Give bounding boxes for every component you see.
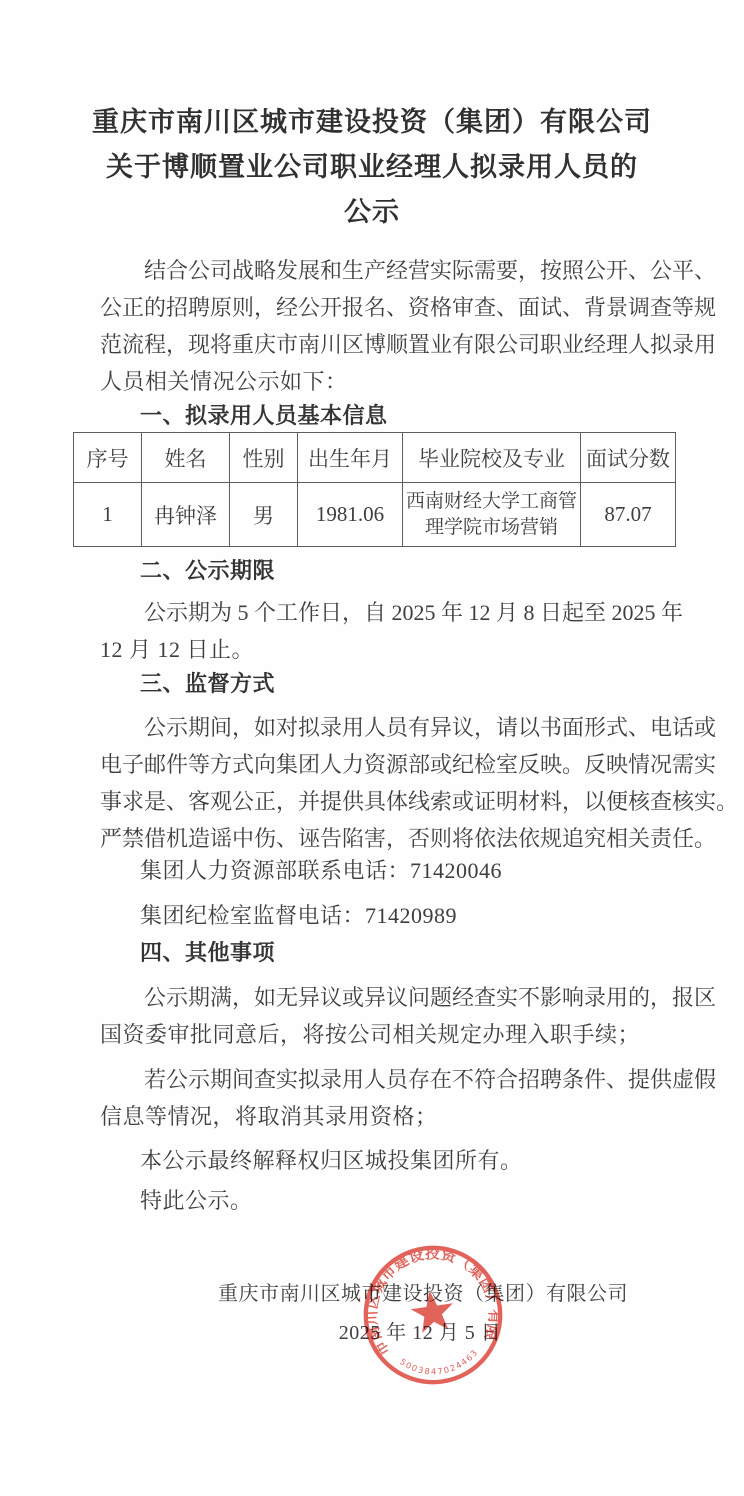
table-row: 1 冉钟泽 男 1981.06 西南财经大学工商管理学院市场营销 87.07 [74,483,676,547]
section3-line: 电子邮件等方式向集团人力资源部或纪检室反映。反映情况需实 [100,746,648,783]
section4-line: 国资委审批同意后，将按公司相关规定办理入职手续； [100,1016,648,1053]
section4-line: 信息等情况，将取消其录用资格； [100,1098,648,1135]
intro-line: 人员相关情况公示如下： [100,363,648,400]
cell-school: 西南财经大学工商管理学院市场营销 [403,483,581,547]
section3-line: 公示期间，如对拟录用人员有异议，请以书面形式、电话或 [100,709,648,746]
section3-line: 事求是、客观公正，并提供具体线索或证明材料，以便核查核实。 [100,783,648,820]
table-header-row: 序号 姓名 性别 出生年月 毕业院校及专业 面试分数 [74,433,676,483]
document-title: 重庆市南川区城市建设投资（集团）有限公司 关于博顺置业公司职业经理人拟录用人员的… [72,100,672,235]
col-header-no: 序号 [74,433,142,483]
intro-line: 结合公司战略发展和生产经营实际需要，按照公开、公平、 [100,252,648,289]
col-header-school: 毕业院校及专业 [403,433,581,483]
col-header-birth: 出生年月 [298,433,403,483]
cell-no: 1 [74,483,142,547]
discipline-contact-phone: 集团纪检室监督电话：71420989 [140,897,660,934]
title-line-2: 关于博顺置业公司职业经理人拟录用人员的 [72,145,672,190]
cell-gender: 男 [230,483,298,547]
section2-paragraph: 公示期为 5 个工作日，自 2025 年 12 月 8 日起至 2025 年 1… [100,594,648,668]
candidates-table: 序号 姓名 性别 出生年月 毕业院校及专业 面试分数 1 冉钟泽 男 1981.… [73,432,676,547]
title-line-3: 公示 [72,190,672,235]
intro-line: 范流程，现将重庆市南川区博顺置业有限公司职业经理人拟录用 [100,326,648,363]
col-header-score: 面试分数 [581,433,676,483]
section4-paragraph-2: 若公示期间查实拟录用人员存在不符合招聘条件、提供虚假 信息等情况，将取消其录用资… [100,1061,648,1135]
section4-line: 公示期满，如无异议或异议问题经查实不影响录用的，报区 [100,979,648,1016]
section4-paragraph-3: 本公示最终解释权归区城投集团所有。 [140,1142,660,1179]
announcement-document: 重庆市南川区城市建设投资（集团）有限公司 关于博顺置业公司职业经理人拟录用人员的… [0,0,744,1496]
section3-paragraph: 公示期间，如对拟录用人员有异议，请以书面形式、电话或 电子邮件等方式向集团人力资… [100,709,648,857]
official-seal: 重庆市南川区城市建设投资（集团）有限公司 5003847024463 [351,1233,516,1398]
col-header-gender: 性别 [230,433,298,483]
section4-line: 若公示期间查实拟录用人员存在不符合招聘条件、提供虚假 [100,1061,648,1098]
section2-line: 12 月 12 日止。 [100,631,648,668]
col-header-name: 姓名 [142,433,230,483]
title-line-1: 重庆市南川区城市建设投资（集团）有限公司 [72,100,672,145]
section3-heading: 三、监督方式 [140,669,660,699]
section2-heading: 二、公示期限 [140,556,660,586]
intro-line: 公正的招聘原则，经公开报名、资格审查、面试、背景调查等规 [100,289,648,326]
hr-contact-phone: 集团人力资源部联系电话：71420046 [140,852,660,889]
intro-paragraph: 结合公司战略发展和生产经营实际需要，按照公开、公平、 公正的招聘原则，经公开报名… [100,252,648,400]
cell-name: 冉钟泽 [142,483,230,547]
section2-line: 公示期为 5 个工作日，自 2025 年 12 月 8 日起至 2025 年 [100,594,648,631]
section1-heading: 一、拟录用人员基本信息 [140,401,660,431]
candidates-table-wrapper: 序号 姓名 性别 出生年月 毕业院校及专业 面试分数 1 冉钟泽 男 1981.… [73,432,675,547]
cell-birth: 1981.06 [298,483,403,547]
section4-paragraph-4: 特此公示。 [140,1182,660,1219]
cell-score: 87.07 [581,483,676,547]
section4-paragraph-1: 公示期满，如无异议或异议问题经查实不影响录用的，报区 国资委审批同意后，将按公司… [100,979,648,1053]
section4-heading: 四、其他事项 [140,938,660,968]
seal-star-icon [409,1288,457,1334]
